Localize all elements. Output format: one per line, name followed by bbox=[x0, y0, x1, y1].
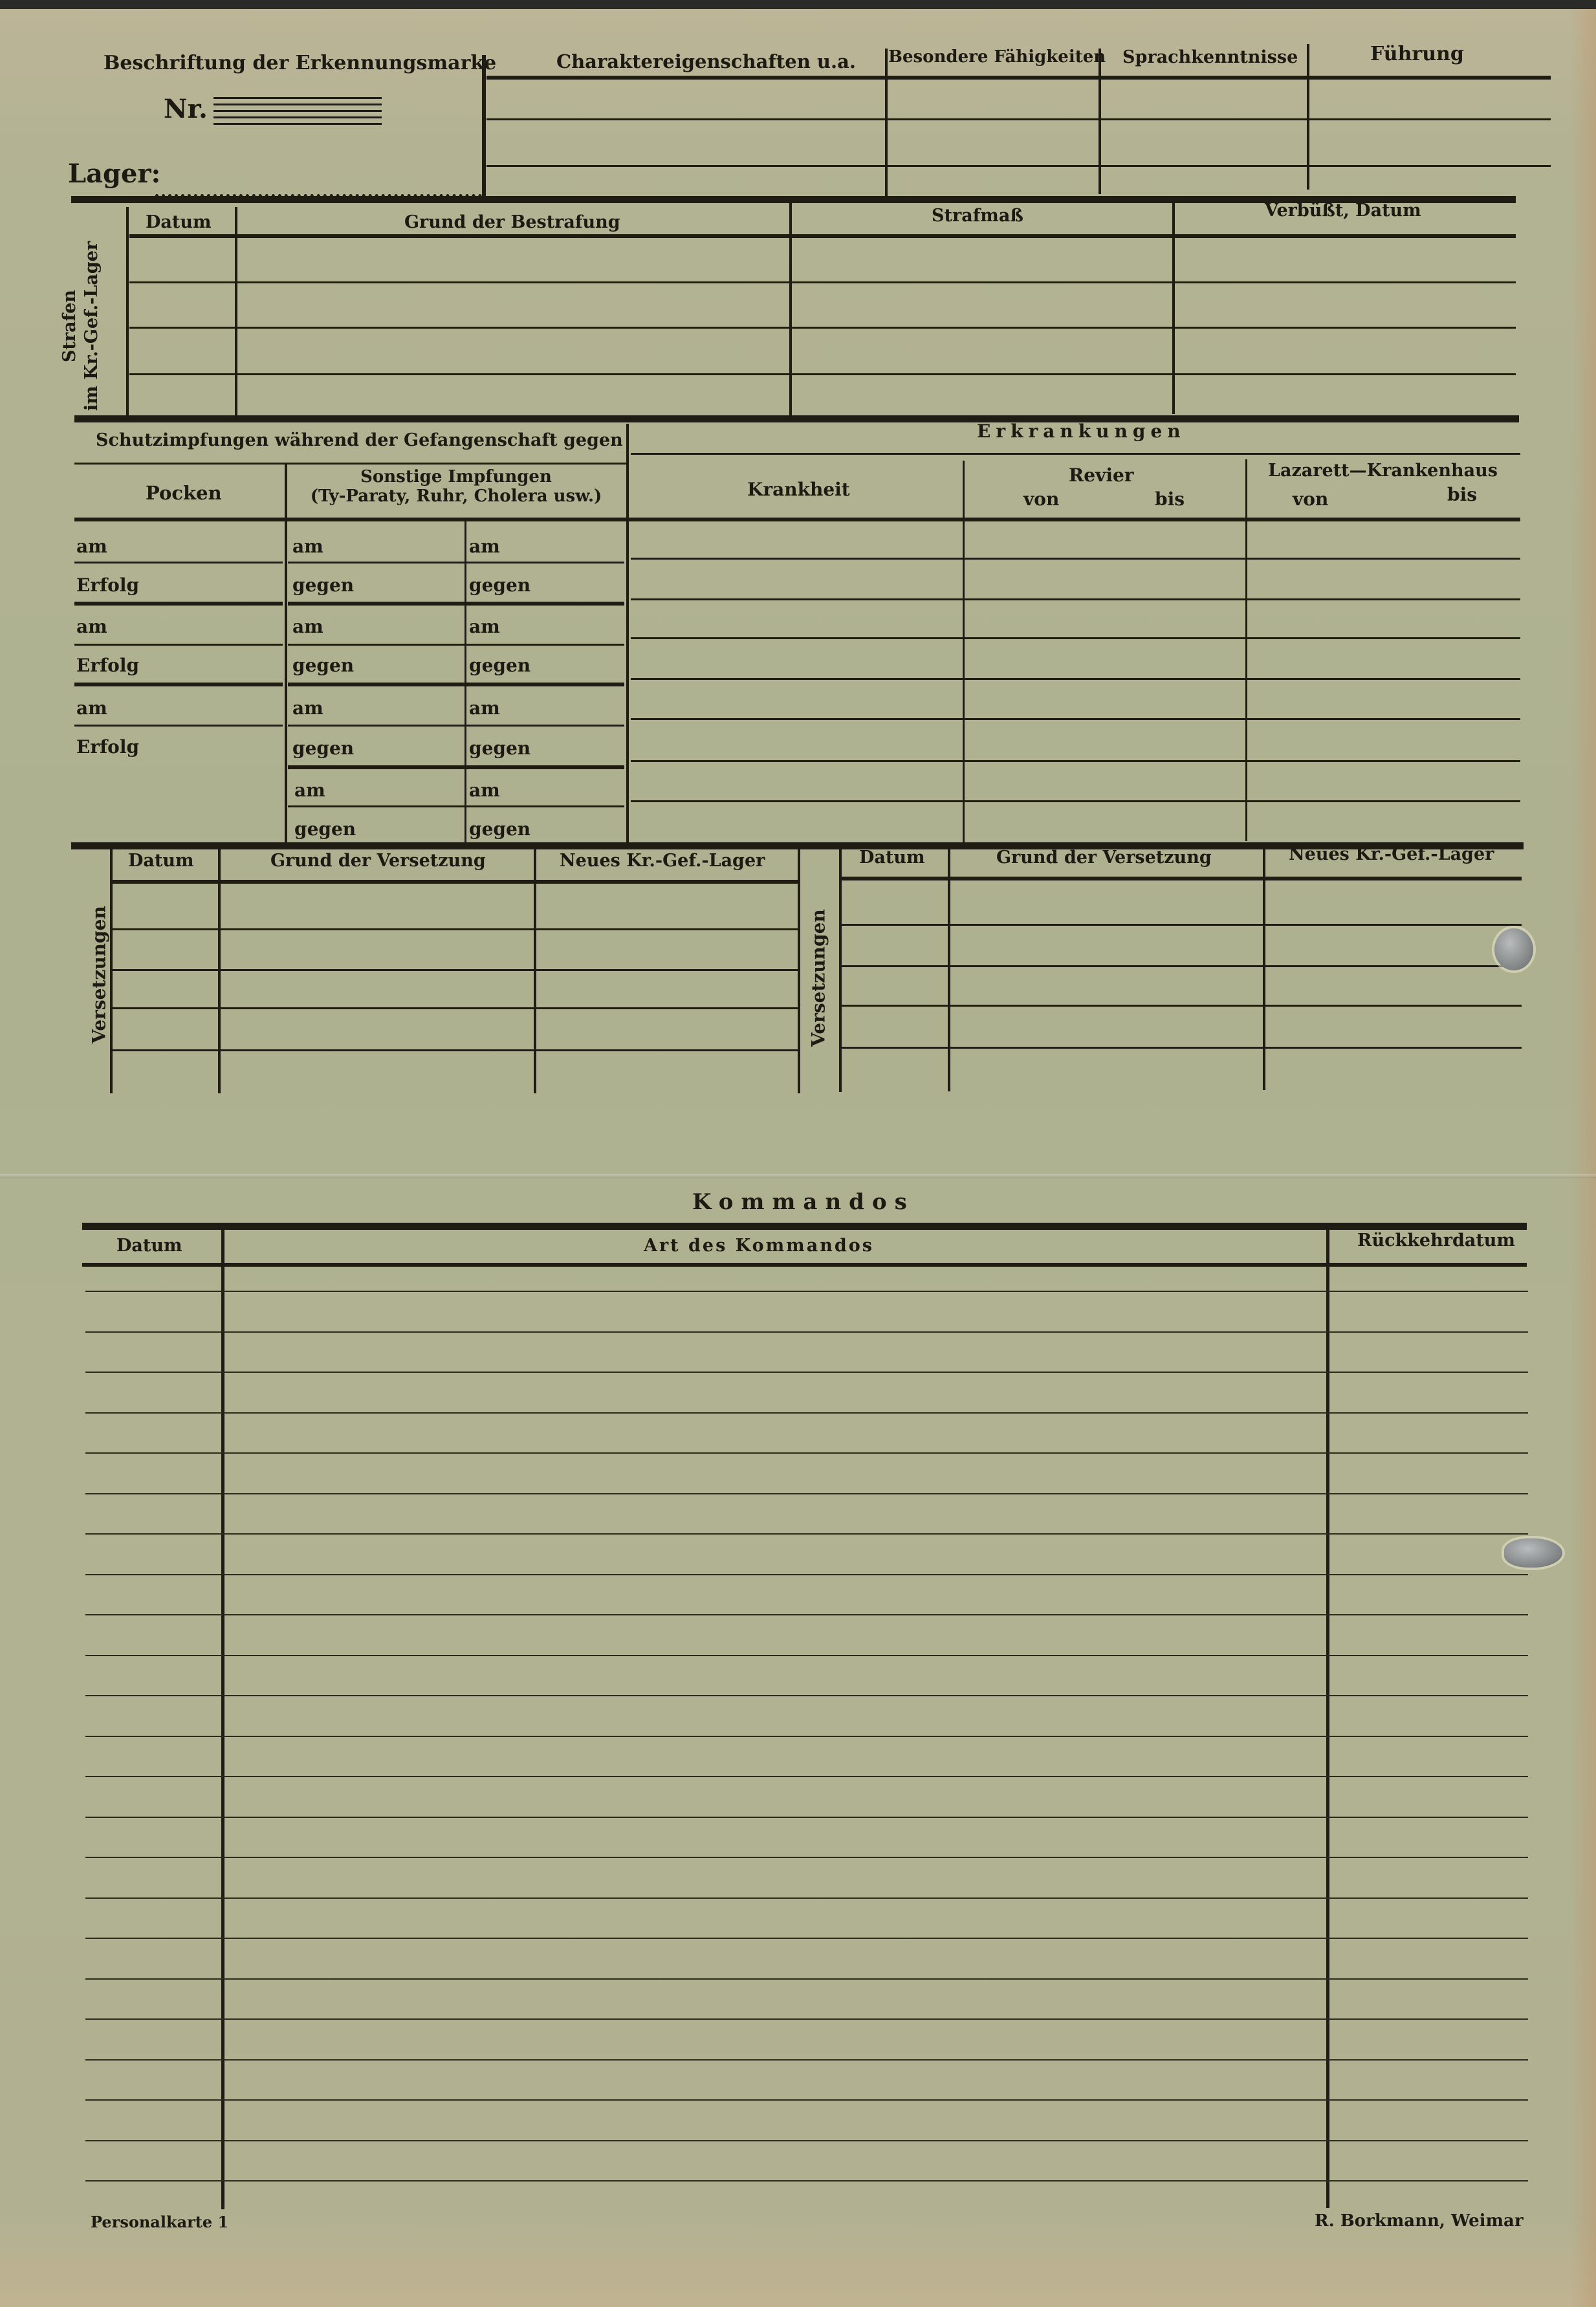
punch-hole bbox=[1494, 928, 1533, 970]
transfer-right-entry-area[interactable] bbox=[842, 881, 1520, 1089]
illness-entry-area[interactable] bbox=[631, 523, 1520, 843]
punishments-side-label: Strafen im Kr.-Gef.-Lager bbox=[59, 239, 103, 413]
col-fuehrung-label: Führung bbox=[1370, 43, 1464, 65]
col-datum-label: Datum bbox=[146, 212, 212, 232]
col-sprache-label: Sprachkenntnisse bbox=[1122, 47, 1298, 67]
printer-credit: R. Borkmann, Weimar bbox=[1315, 2211, 1524, 2231]
tag-section-title: Beschriftung der Erkennungsmarke bbox=[104, 52, 496, 74]
col-strafmass-label: Strafmaß bbox=[932, 206, 1023, 226]
kommandos-col-datum: Datum bbox=[116, 1236, 182, 1256]
punishment-row[interactable] bbox=[129, 377, 1514, 415]
transfer-col-grund: Grund der Versetzung bbox=[270, 851, 486, 871]
transfer-col-datum: Datum bbox=[128, 851, 194, 871]
transfer-right-col-datum: Datum bbox=[859, 847, 925, 868]
transfer-col-lager: Neues Kr.-Gef.-Lager bbox=[560, 851, 765, 871]
fuehrung-field[interactable] bbox=[1311, 81, 1551, 197]
revier-label: Revier bbox=[1069, 465, 1134, 486]
charakter-field[interactable] bbox=[488, 81, 883, 197]
kommandos-datum-column[interactable] bbox=[84, 1268, 220, 2206]
vaccination-entry-area[interactable] bbox=[74, 523, 624, 843]
lazarett-bis-label: bis bbox=[1447, 484, 1477, 505]
vaccinations-title: Schutzimpfungen während der Gefangenscha… bbox=[96, 430, 623, 450]
punishment-row[interactable] bbox=[129, 330, 1514, 372]
form-number: Personalkarte 1 bbox=[91, 2213, 228, 2231]
illnesses-title: Erkrankungen bbox=[977, 421, 1186, 442]
nr-field[interactable] bbox=[213, 97, 382, 126]
col-faehigkeiten-label: Besondere Fähigkeiten bbox=[888, 47, 1106, 67]
revier-von-label: von bbox=[1023, 488, 1059, 510]
kommandos-title: Kommandos bbox=[692, 1189, 915, 1215]
sprache-field[interactable] bbox=[1103, 81, 1305, 197]
punishment-row[interactable] bbox=[129, 239, 1514, 281]
transfers-side-label: Versetzungen bbox=[89, 901, 110, 1049]
faehigkeiten-field[interactable] bbox=[890, 81, 1097, 197]
col-charakter-label: Charaktereigenschaften u.a. bbox=[556, 50, 856, 72]
col-verbuesst-label: Verbüßt, Datum bbox=[1265, 201, 1421, 221]
kommandos-art-column[interactable] bbox=[226, 1268, 1325, 2206]
krankheit-label: Krankheit bbox=[747, 479, 850, 500]
col-grund-label: Grund der Bestrafung bbox=[404, 212, 620, 232]
paper-edge-stain bbox=[1570, 0, 1596, 2307]
revier-bis-label: bis bbox=[1155, 488, 1185, 510]
transfer-right-col-lager: Neues Kr.-Gef.-Lager bbox=[1289, 844, 1494, 864]
lager-label: Lager: bbox=[68, 159, 160, 189]
transfer-right-col-grund: Grund der Versetzung bbox=[996, 847, 1212, 868]
kommandos-col-rueckkehr: Rückkehrdatum bbox=[1357, 1230, 1515, 1251]
kommandos-rueckkehr-column[interactable] bbox=[1331, 1268, 1525, 2206]
other-vaccinations-label: Sonstige Impfungen (Ty-Paraty, Ruhr, Cho… bbox=[288, 467, 624, 506]
punishment-row[interactable] bbox=[129, 285, 1514, 327]
nr-label: Nr. bbox=[164, 94, 208, 124]
scan-top-edge bbox=[0, 0, 1596, 9]
lazarett-label: Lazarett—Krankenhaus bbox=[1268, 461, 1498, 481]
transfer-entry-area[interactable] bbox=[113, 885, 796, 1092]
transfers-right-side-label: Versetzungen bbox=[808, 904, 829, 1053]
kommandos-col-art: Art des Kommandos bbox=[644, 1236, 874, 1256]
paper-fold bbox=[0, 1174, 1596, 1178]
header-divider bbox=[482, 55, 486, 201]
lager-field[interactable] bbox=[155, 175, 482, 197]
punch-hole-torn bbox=[1504, 1538, 1562, 1568]
pocken-label: Pocken bbox=[146, 482, 222, 504]
lazarett-von-label: von bbox=[1293, 488, 1328, 510]
